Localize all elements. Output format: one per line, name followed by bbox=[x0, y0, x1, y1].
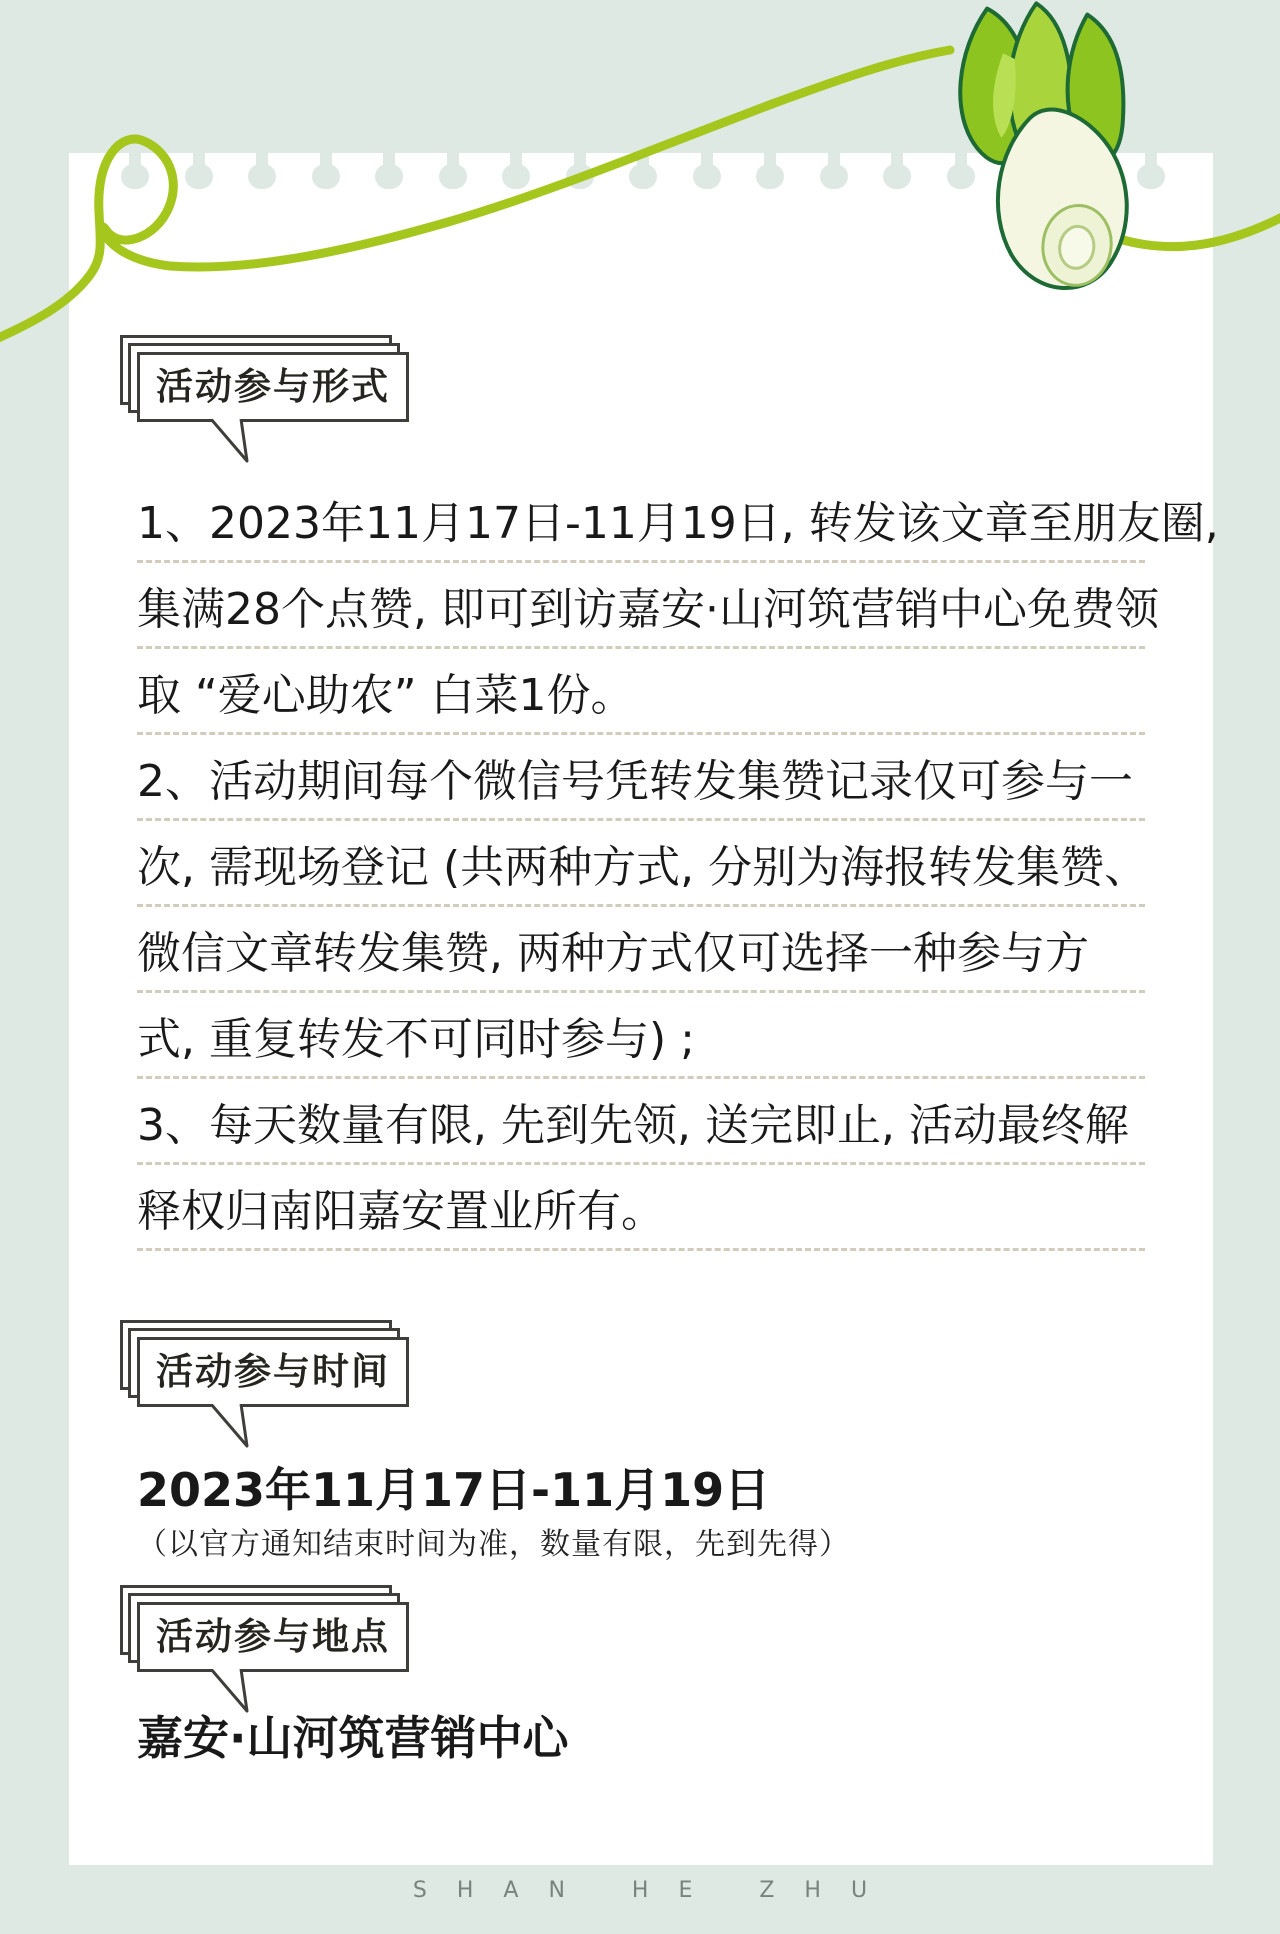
rule-line: 2、活动期间每个微信号凭转发集赞记录仅可参与一 bbox=[137, 735, 1145, 821]
rule-line: 取 “爱心助农” 白菜1份。 bbox=[137, 649, 1145, 735]
badge-tail-icon bbox=[207, 1404, 263, 1450]
rules-list: 1、2023年11月17日-11月19日, 转发该文章至朋友圈, 集满28个点赞… bbox=[137, 477, 1145, 1251]
rule-line: 3、每天数量有限, 先到先领, 送完即止, 活动最终解 bbox=[137, 1079, 1145, 1165]
section-badge-place: 活动参与地点 bbox=[137, 1602, 409, 1672]
rule-line: 次, 需现场登记 (共两种方式, 分别为海报转发集赞、 bbox=[137, 821, 1145, 907]
rule-line: 1、2023年11月17日-11月19日, 转发该文章至朋友圈, bbox=[137, 477, 1145, 563]
rule-line: 式, 重复转发不可同时参与) ; bbox=[137, 993, 1145, 1079]
event-date: 2023年11月17日-11月19日 bbox=[137, 1462, 1145, 1518]
rule-line: 释权归南阳嘉安置业所有。 bbox=[137, 1165, 1145, 1251]
card-content: 活动参与形式 1、2023年11月17日-11月19日, 转发该文章至朋友圈, … bbox=[69, 153, 1213, 1768]
badge-tail-icon bbox=[207, 1669, 263, 1715]
brand-caption: SHAN HE ZHU bbox=[0, 1878, 1280, 1903]
section-title-time: 活动参与时间 bbox=[137, 1337, 409, 1407]
rule-line: 微信文章转发集赞, 两种方式仅可选择一种参与方 bbox=[137, 907, 1145, 993]
poster: 活动参与形式 1、2023年11月17日-11月19日, 转发该文章至朋友圈, … bbox=[0, 0, 1280, 1934]
paper-card: 活动参与形式 1、2023年11月17日-11月19日, 转发该文章至朋友圈, … bbox=[69, 153, 1213, 1865]
section-title-place: 活动参与地点 bbox=[137, 1602, 409, 1672]
section-badge-time: 活动参与时间 bbox=[137, 1337, 409, 1407]
event-date-note: （以官方通知结束时间为准，数量有限，先到先得） bbox=[137, 1524, 1145, 1566]
event-location: 嘉安·山河筑营销中心 bbox=[137, 1708, 1145, 1768]
section-title-form: 活动参与形式 bbox=[137, 352, 409, 422]
rule-line: 集满28个点赞, 即可到访嘉安·山河筑营销中心免费领 bbox=[137, 563, 1145, 649]
badge-tail-icon bbox=[207, 419, 263, 465]
section-badge-form: 活动参与形式 bbox=[137, 352, 409, 422]
